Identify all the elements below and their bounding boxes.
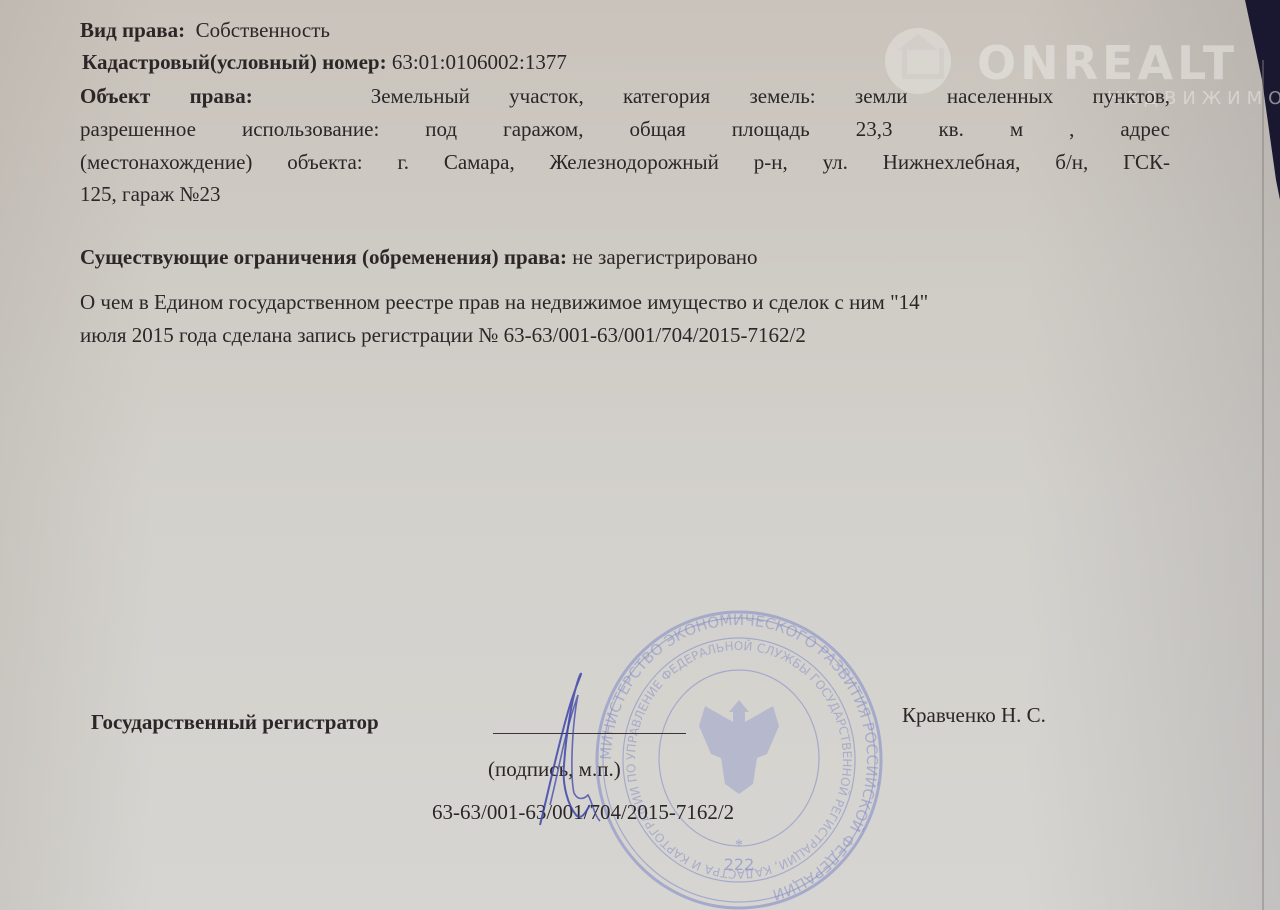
svg-text:*: * xyxy=(735,837,743,854)
registry-record-line-1: О чем в Едином государственном реестре п… xyxy=(80,290,928,315)
svg-text:222: 222 xyxy=(724,855,755,874)
right-type-row: Вид права: Собственность xyxy=(80,18,330,43)
official-stamp-icon: МИНИСТЕРСТВО ЭКОНОМИЧЕСКОГО РАЗВИТИЯ РОС… xyxy=(594,610,884,910)
watermark-brand: ONREALT xyxy=(977,36,1238,90)
registry-record-line-2: июля 2015 года сделана запись регистраци… xyxy=(80,323,806,348)
cadastral-label: Кадастровый(условный) номер: xyxy=(82,50,387,74)
right-type-value: Собственность xyxy=(196,18,330,42)
object-line-4: 125, гараж №23 xyxy=(80,182,221,207)
object-line-2: разрешенное использование: под гаражом, … xyxy=(80,117,1170,142)
object-line-1: Объект права: Земельный участок, категор… xyxy=(80,84,1170,109)
cadastral-row: Кадастровый(условный) номер: 63:01:01060… xyxy=(82,50,567,75)
object-line-3: (местонахождение) объекта: г. Самара, Же… xyxy=(80,150,1170,175)
cadastral-number: 63:01:0106002:1377 xyxy=(392,50,567,74)
right-type-label: Вид права: xyxy=(80,18,185,42)
restrictions-row: Существующие ограничения (обременения) п… xyxy=(80,245,758,270)
handwritten-signature-icon xyxy=(520,665,610,835)
paper-fold xyxy=(1262,60,1264,910)
object-label: Объект права: xyxy=(80,84,253,108)
restrictions-value: не зарегистрировано xyxy=(572,245,757,269)
registrar-name: Кравченко Н. С. xyxy=(902,703,1046,728)
object-text-1: Земельный участок, категория земель: зем… xyxy=(371,84,1170,108)
restrictions-label: Существующие ограничения (обременения) п… xyxy=(80,245,567,269)
registrar-role: Государственный регистратор xyxy=(91,710,379,735)
registrar-role-text: Государственный регистратор xyxy=(91,710,379,734)
